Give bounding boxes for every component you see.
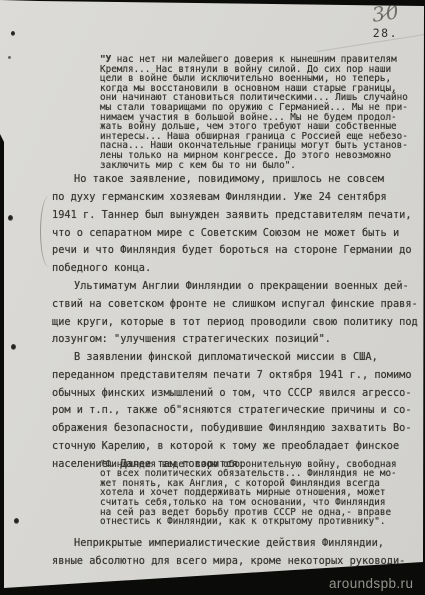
paragraph-british-ultimatum: Ультиматум Англии Финляндии о прекращени… [52, 278, 422, 349]
binding-hole [8, 215, 13, 221]
paper-crease [317, 33, 425, 52]
scanned-document: 30 28. "У нас нет ни малейшего доверия к… [0, 0, 425, 595]
paragraph-finnish-mission-usa: В заявлении финской дипломатической мисс… [52, 349, 422, 474]
ink-speck [8, 56, 11, 59]
text-column: "У нас нет ни малейшего доверия к нынешн… [52, 55, 422, 570]
pencil-margin-bracket [40, 196, 56, 267]
typed-page-number: 28. [373, 26, 398, 40]
binding-hole [14, 518, 19, 524]
blockquote-finland-defensive-war: "Финляндия ведет свою оборонительную вой… [100, 460, 422, 527]
binding-hole [11, 344, 16, 350]
blockquote-tanner-statement: "У нас нет ни малейшего доверия к нынешн… [100, 55, 422, 170]
paragraph-german-masters: Но такое заявление, повидимому, пришлось… [52, 171, 422, 278]
ink-speck [11, 31, 15, 36]
watermark-text: aroundspb.ru [329, 576, 413, 591]
document-page: 30 28. "У нас нет ни малейшего доверия к… [0, 0, 425, 595]
paragraph-imperialist-actions: Неприкрытые империалистические действия … [52, 535, 422, 571]
